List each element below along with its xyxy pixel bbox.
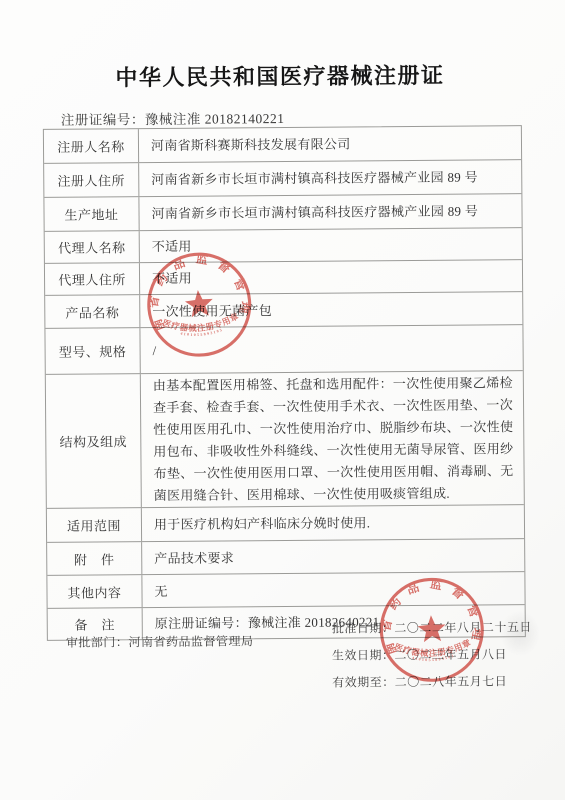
table-row: 产品名称 一次性使用无菌产包	[45, 292, 522, 329]
cert-number-label: 注册证编号：	[61, 112, 145, 128]
row-label: 附 件	[47, 542, 142, 575]
table-row: 其他内容 无	[47, 572, 524, 609]
table-row: 注册人名称 河南省斯科赛斯科技发展有限公司	[44, 126, 521, 164]
valid-until-line: 有效期至：二〇二八年五月七日	[332, 672, 532, 691]
table-row: 代理人名称 不适用	[45, 228, 522, 264]
page-title: 中华人民共和国医疗器械注册证	[0, 58, 563, 93]
approval-department-line: 审批部门：河南省药品监督管理局	[66, 632, 254, 650]
approval-department-value: 河南省药品监督管理局	[128, 634, 253, 649]
table-row: 结构及组成 由基本配置医用棉签、托盘和选用配件：一次性使用聚乙烯检查手套、检查手…	[46, 371, 524, 509]
approval-department-label: 审批部门：	[66, 635, 129, 649]
row-value: 不适用	[140, 228, 522, 262]
effective-date-value: 二〇二三年五月八日	[394, 647, 507, 662]
scan-smudge	[500, 610, 540, 656]
row-label: 代理人住所	[45, 263, 140, 295]
row-label: 结构及组成	[46, 374, 142, 508]
row-label: 生产地址	[44, 197, 139, 231]
table-row: 代理人住所 不适用	[45, 260, 522, 296]
row-label: 注册人住所	[44, 163, 139, 197]
row-value: 河南省斯科赛斯科技发展有限公司	[139, 126, 521, 162]
table-row: 适用范围 用于医疗机构妇产科临床分娩时使用.	[47, 505, 524, 543]
row-value: 用于医疗机构妇产科临床分娩时使用.	[142, 505, 524, 541]
table-row: 附 件 产品技术要求	[47, 539, 524, 576]
valid-until-label: 有效期至：	[332, 675, 395, 689]
effective-date-label: 生效日期：	[332, 648, 395, 662]
certificate-page: 中华人民共和国医疗器械注册证 注册证编号：豫械注准 20182140221 注册…	[0, 0, 565, 800]
row-label: 产品名称	[45, 295, 140, 328]
row-value: /	[140, 325, 522, 373]
row-label: 适用范围	[47, 508, 142, 542]
cert-number-value: 豫械注准 20182140221	[145, 111, 285, 127]
cert-number-line: 注册证编号：豫械注准 20182140221	[61, 107, 285, 129]
table-row: 注册人住所 河南省新乡市长垣市满村镇高科技医疗器械产业园 89 号	[44, 160, 521, 198]
row-value: 河南省新乡市长垣市满村镇高科技医疗器械产业园 89 号	[139, 160, 521, 196]
row-value: 产品技术要求	[142, 539, 524, 574]
row-label: 注册人名称	[44, 129, 139, 163]
row-value: 无	[142, 572, 524, 607]
row-value: 由基本配置医用棉签、托盘和选用配件：一次性使用聚乙烯检查手套、检查手套、一次性使…	[141, 371, 524, 507]
table-row: 型号、规格 /	[45, 325, 522, 375]
certificate-table: 注册人名称 河南省斯科赛斯科技发展有限公司 注册人住所 河南省新乡市长垣市满村镇…	[43, 125, 526, 641]
row-label: 其他内容	[47, 575, 142, 608]
row-value: 不适用	[140, 260, 522, 294]
valid-until-value: 二〇二八年五月七日	[395, 674, 508, 689]
row-label: 型号、规格	[45, 328, 140, 374]
table-row: 生产地址 河南省新乡市长垣市满村镇高科技医疗器械产业园 89 号	[44, 194, 521, 232]
approval-date-label: 批准日期：	[332, 621, 395, 635]
row-value: 河南省新乡市长垣市满村镇高科技医疗器械产业园 89 号	[139, 194, 521, 230]
row-label: 代理人名称	[45, 231, 140, 263]
row-value: 一次性使用无菌产包	[140, 292, 522, 327]
